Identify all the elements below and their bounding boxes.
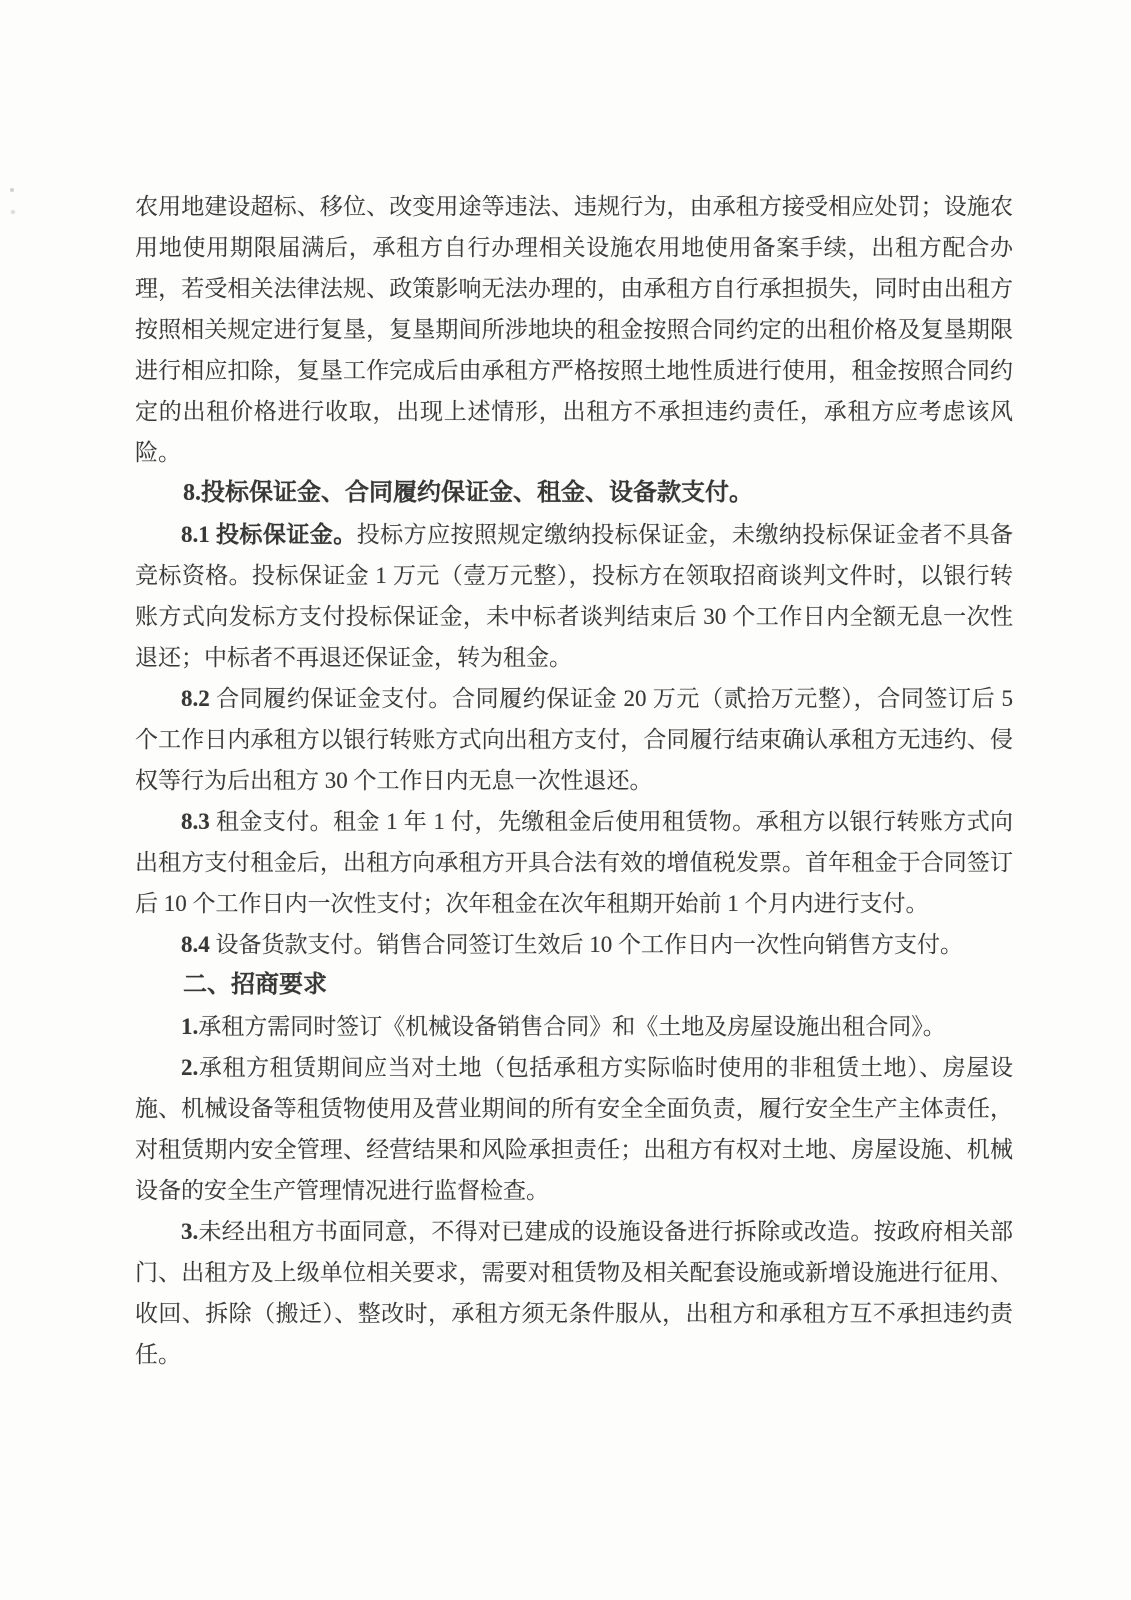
clause-8-2-performance-deposit: 8.2 合同履约保证金支付。合同履约保证金 20 万元（贰拾万元整），合同签订后… [135,678,1013,801]
item-1-contracts: 1.承租方需同时签订《机械设备销售合同》和《土地及房屋设施出租合同》。 [135,1006,1013,1047]
clause-8-4-equipment-payment: 8.4 设备货款支付。销售合同签订生效后 10 个工作日内一次性向销售方支付。 [135,924,1013,965]
paragraph-text: 承租方需同时签订《机械设备销售合同》和《土地及房屋设施出租合同》。 [198,1014,946,1039]
document-page: 农用地建设超标、移位、改变用途等违法、违规行为，由承租方接受相应处罚；设施农用地… [0,0,1131,1600]
item-3-demolition-consent: 3.未经出租方书面同意，不得对已建成的设施设备进行拆除或改造。按政府相关部门、出… [135,1211,1013,1375]
item-number: 2. [181,1055,198,1080]
para-facility-farmland-risk: 农用地建设超标、移位、改变用途等违法、违规行为，由承租方接受相应处罚；设施农用地… [135,186,1013,473]
scan-artifact [10,188,14,192]
paragraph-text: 承租方租赁期间应当对土地（包括承租方实际临时使用的非租赁土地）、房屋设施、机械设… [135,1055,1013,1203]
heading-section-2-requirements: 二、招商要求 [135,965,1013,1006]
paragraph-text: 合同履约保证金支付。合同履约保证金 20 万元（贰拾万元整），合同签订后 5 个… [135,686,1013,793]
heading-section-8: 8.投标保证金、合同履约保证金、租金、设备款支付。 [135,473,1013,514]
item-2-safety-responsibility: 2.承租方租赁期间应当对土地（包括承租方实际临时使用的非租赁土地）、房屋设施、机… [135,1047,1013,1211]
heading-text: 二、招商要求 [183,972,327,998]
paragraph-text: 农用地建设超标、移位、改变用途等违法、违规行为，由承租方接受相应处罚；设施农用地… [135,194,1013,465]
paragraph-text: 设备货款支付。销售合同签订生效后 10 个工作日内一次性向销售方支付。 [216,932,964,957]
clause-number: 8.2 [181,686,216,711]
clause-8-1-bid-deposit: 8.1 投标保证金。投标方应按照规定缴纳投标保证金，未缴纳投标保证金者不具备竞标… [135,514,1013,678]
item-number: 3. [181,1219,198,1244]
item-number: 1. [181,1014,198,1039]
clause-number: 8.1 投标保证金。 [181,522,357,547]
paragraph-text: 租金支付。租金 1 年 1 付，先缴租金后使用租赁物。承租方以银行转账方式向出租… [135,809,1013,916]
clause-number: 8.4 [181,932,216,957]
paragraph-text: 未经出租方书面同意，不得对已建成的设施设备进行拆除或改造。按政府相关部门、出租方… [135,1219,1013,1367]
heading-text: 8.投标保证金、合同履约保证金、租金、设备款支付。 [183,480,753,506]
document-content: 农用地建设超标、移位、改变用途等违法、违规行为，由承租方接受相应处罚；设施农用地… [135,186,1013,1375]
clause-8-3-rent-payment: 8.3 租金支付。租金 1 年 1 付，先缴租金后使用租赁物。承租方以银行转账方… [135,801,1013,924]
clause-number: 8.3 [181,809,216,834]
